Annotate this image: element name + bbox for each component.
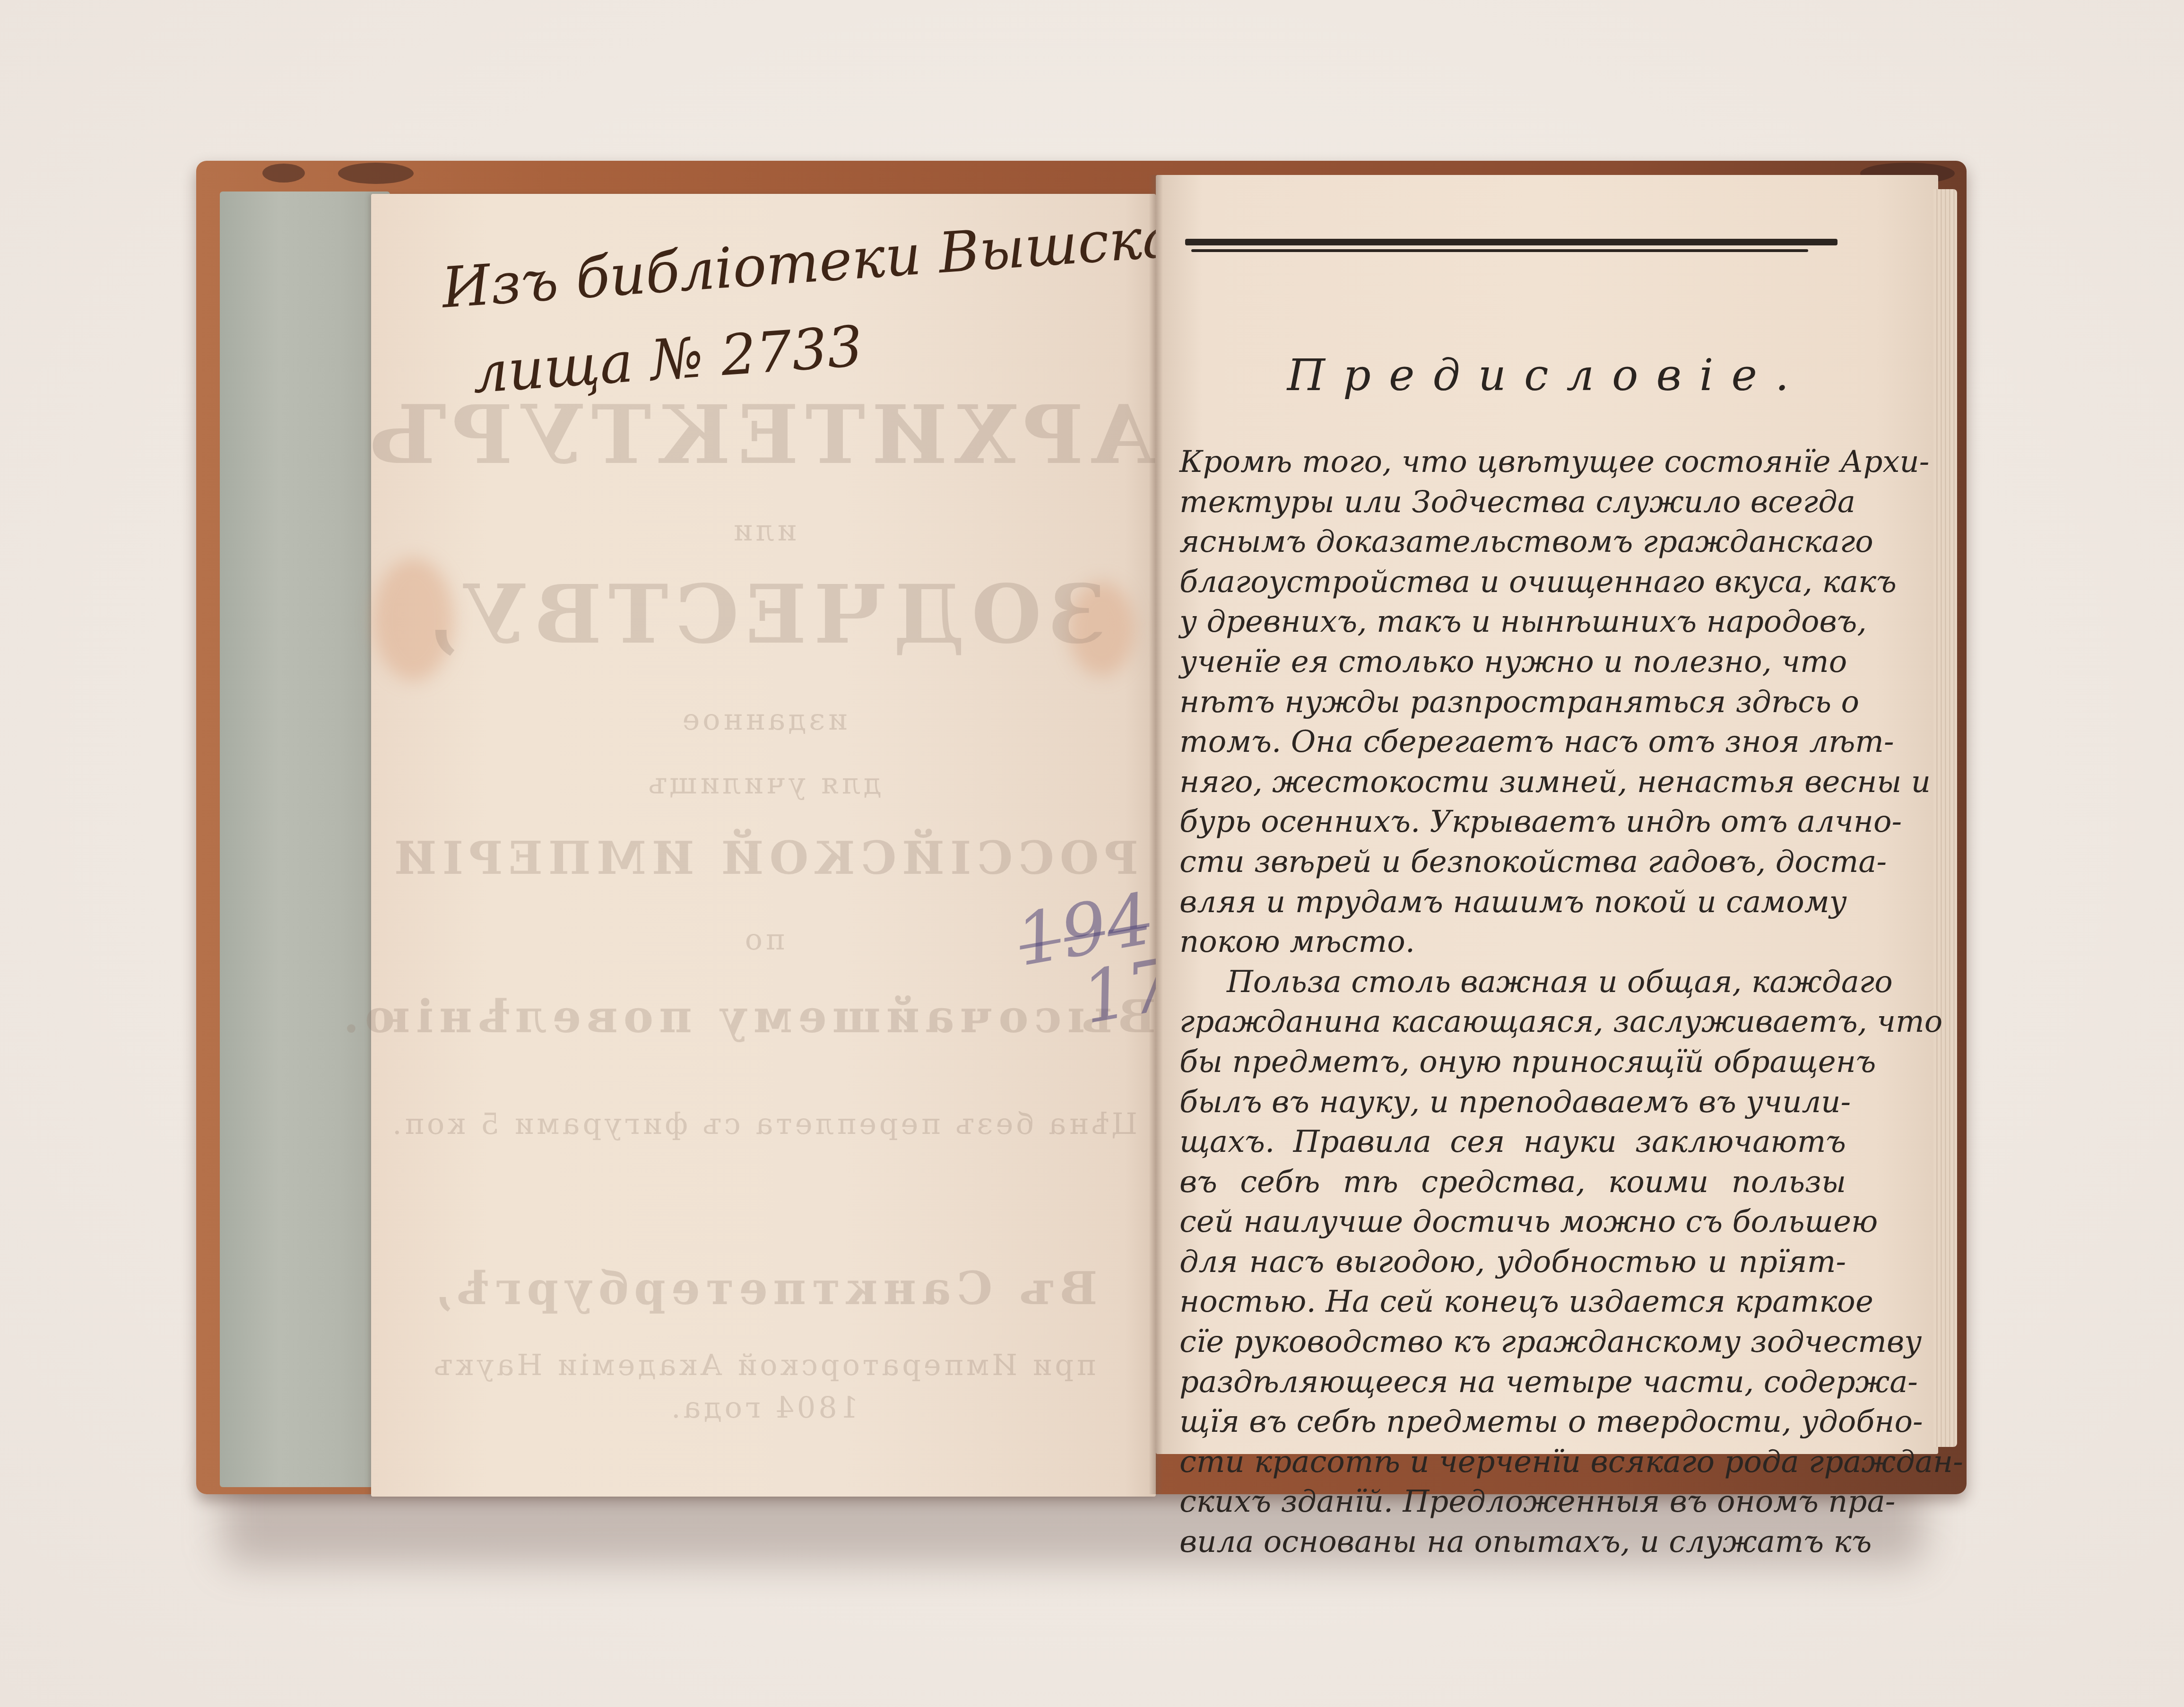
text-line: для насъ выгодою, удобностью и прїят-	[1179, 1242, 1846, 1282]
header-rule-thin	[1191, 249, 1808, 252]
text-line: бурь осеннихъ. Укрываетъ индѣ отъ алчно-	[1179, 802, 1846, 842]
show-through-text: 1804 года.	[371, 1390, 1156, 1425]
show-through-text: или	[371, 513, 1156, 548]
text-line: сти красотѣ и черченїи всякаго рода граж…	[1179, 1442, 1846, 1482]
show-through-text: при Императорской Академіи Наукъ	[371, 1348, 1156, 1382]
text-line: вила основаны на опытахъ, и служатъ къ	[1179, 1522, 1846, 1562]
grey-endpaper	[220, 192, 390, 1487]
show-through-text: Въ Санктпетербургѣ,	[371, 1263, 1156, 1315]
text-line: гражданина касающаяся, заслуживаетъ, что	[1179, 1002, 1846, 1042]
text-line: покою мѣсто.	[1179, 922, 1846, 962]
text-line: скихъ зданїй. Предложенныя въ ономъ пра-	[1179, 1482, 1846, 1522]
text-line: ученїе ея столько нужно и полезно, что	[1179, 642, 1846, 682]
text-line: сей наилучше достичь можно съ большею	[1179, 1202, 1846, 1242]
text-line: сти звѣрей и безпокойства гадовъ, доста-	[1179, 842, 1846, 882]
text-line: въ себѣ тѣ средства, коими пользы	[1179, 1162, 1846, 1202]
text-line: яснымъ доказательствомъ гражданскаго	[1179, 522, 1846, 562]
text-line: ностью. На сей конецъ издается краткое	[1179, 1282, 1846, 1322]
header-rule-thick	[1185, 239, 1837, 245]
text-line: щахъ. Правила сея науки заключаютъ	[1179, 1122, 1846, 1162]
show-through-title: ЗОДЧЕСТВУ,	[371, 567, 1156, 662]
text-line: благоустройства и очищеннаго вкуса, какъ	[1179, 562, 1846, 602]
show-through-text: РОССІЙСКОЙ ИМПЕРІИ	[371, 832, 1156, 885]
text-line: Польза столь важная и общая, каждаго	[1179, 962, 1846, 1002]
text-line: сїе руководство къ гражданскому зодчеств…	[1179, 1322, 1846, 1362]
page-title: Предисловіе.	[1156, 350, 1938, 401]
text-line: тектуры или Зодчества служило всегда	[1179, 482, 1846, 523]
cover-wear-spot	[338, 163, 414, 184]
show-through-text: Высочайшему повелѣнію.	[371, 991, 1156, 1043]
cover-wear-spot	[262, 164, 305, 183]
text-line: няго, жестокости зимней, ненастья весны …	[1179, 762, 1846, 802]
text-line: нѣтъ нужды разпространяться здѣсь о	[1179, 682, 1846, 723]
text-line: у древнихъ, такъ и нынѣшнихъ народовъ,	[1179, 602, 1846, 642]
preface-body: Кромѣ того, что цвѣтущее состоянїе Архи-…	[1179, 442, 1846, 1562]
show-through-text: для училищъ	[371, 766, 1156, 801]
text-line: щїя въ себѣ предметы о твердости, удобно…	[1179, 1402, 1846, 1442]
text-line: раздѣляющееся на четыре части, содержа-	[1179, 1362, 1846, 1402]
text-line: вляя и трудамъ нашимъ покой и самому	[1179, 882, 1846, 923]
text-line: былъ въ науку, и преподаваемъ въ учили-	[1179, 1082, 1846, 1123]
text-line: томъ. Она сберегаетъ насъ отъ зноя лѣт-	[1179, 722, 1846, 762]
show-through-text: Цѣна безъ переплета съ фигурами 5 коп.	[371, 1106, 1156, 1141]
show-through-text: изданное	[371, 702, 1156, 737]
text-line: бы предметъ, оную приносящїй обращенъ	[1179, 1042, 1846, 1082]
text-line: Кромѣ того, что цвѣтущее состоянїе Архи-	[1179, 442, 1846, 482]
